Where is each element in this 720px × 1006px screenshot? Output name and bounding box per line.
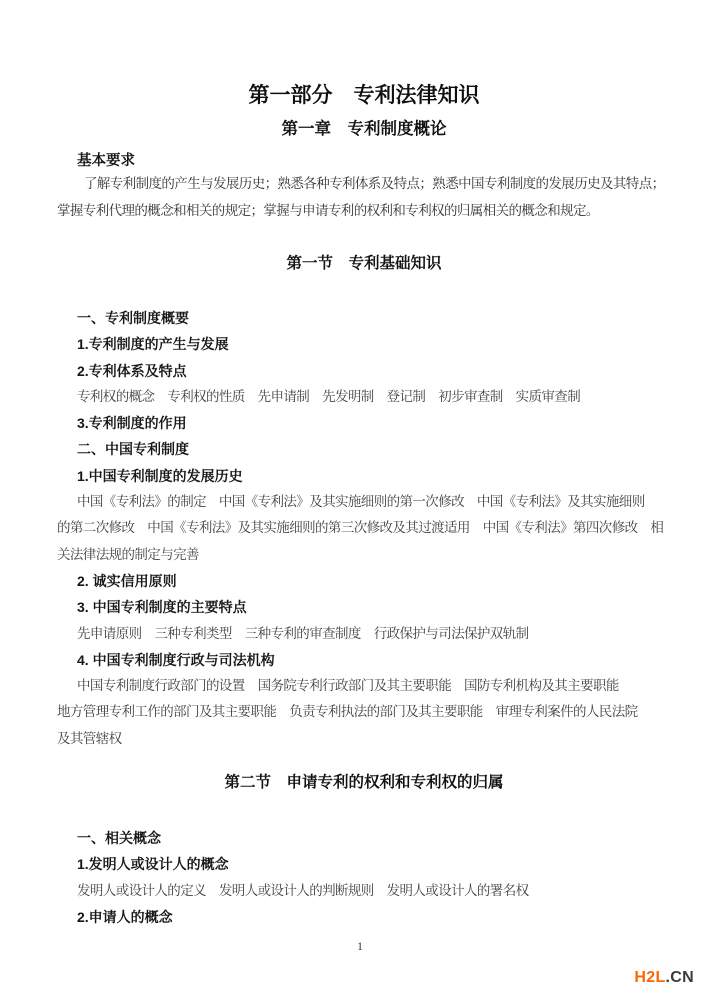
watermark-domain: .CN	[666, 969, 694, 986]
section-2-title: 第二节 申请专利的权利和专利权的归属	[57, 772, 671, 793]
outline-heading-item: 2.申请人的概念	[57, 904, 671, 930]
outline-keywords-item: 先申请原则 三种专利类型 三种专利的审查制度 行政保护与司法保护双轨制	[57, 621, 671, 647]
outline-keywords-item: 中国专利制度行政部门的设置 国务院专利行政部门及其主要职能 国防专利机构及其主要…	[57, 673, 671, 752]
outline-heading-item: 1.中国专利制度的发展历史	[57, 463, 671, 489]
chapter-title: 第一章 专利制度概论	[57, 118, 671, 140]
section-1-outline: 一、专利制度概要 1.专利制度的产生与发展 2.专利体系及特点 专利权的概念 专…	[57, 305, 671, 752]
basic-requirements-text: 了解专利制度的产生与发展历史；熟悉各种专利体系及特点；熟悉中国专利制度的发展历史…	[57, 171, 671, 224]
outline-heading-item: 二、中国专利制度	[57, 436, 671, 462]
outline-heading-item: 4. 中国专利制度行政与司法机构	[57, 647, 671, 673]
page-number: 1	[0, 941, 720, 953]
watermark-brand: H2L	[634, 969, 665, 986]
outline-keywords-item: 专利权的概念 专利权的性质 先申请制 先发明制 登记制 初步审查制 实质审查制	[57, 384, 671, 410]
outline-heading-item: 1.专利制度的产生与发展	[57, 331, 671, 357]
outline-keywords-item: 中国《专利法》的制定 中国《专利法》及其实施细则的第一次修改 中国《专利法》及其…	[57, 489, 671, 568]
outline-heading-item: 2. 诚实信用原则	[57, 568, 671, 594]
outline-heading-item: 3. 中国专利制度的主要特点	[57, 594, 671, 620]
outline-heading-item: 1.发明人或设计人的概念	[57, 851, 671, 877]
section-1-title: 第一节 专利基础知识	[57, 253, 671, 274]
section-2-outline: 一、相关概念 1.发明人或设计人的概念 发明人或设计人的定义 发明人或设计人的判…	[57, 825, 671, 930]
basic-requirements-heading: 基本要求	[57, 152, 671, 171]
site-watermark: H2L.CN	[634, 968, 694, 988]
part-title: 第一部分 专利法律知识	[57, 0, 671, 108]
outline-keywords-item: 发明人或设计人的定义 发明人或设计人的判断规则 发明人或设计人的署名权	[57, 878, 671, 904]
outline-heading-item: 3.专利制度的作用	[57, 410, 671, 436]
page-content: 第一部分 专利法律知识 第一章 专利制度概论 基本要求 了解专利制度的产生与发展…	[57, 0, 671, 930]
outline-heading-item: 一、相关概念	[57, 825, 671, 851]
outline-heading-item: 2.专利体系及特点	[57, 358, 671, 384]
outline-heading-item: 一、专利制度概要	[57, 305, 671, 331]
document-page: 第一部分 专利法律知识 第一章 专利制度概论 基本要求 了解专利制度的产生与发展…	[0, 0, 720, 1006]
